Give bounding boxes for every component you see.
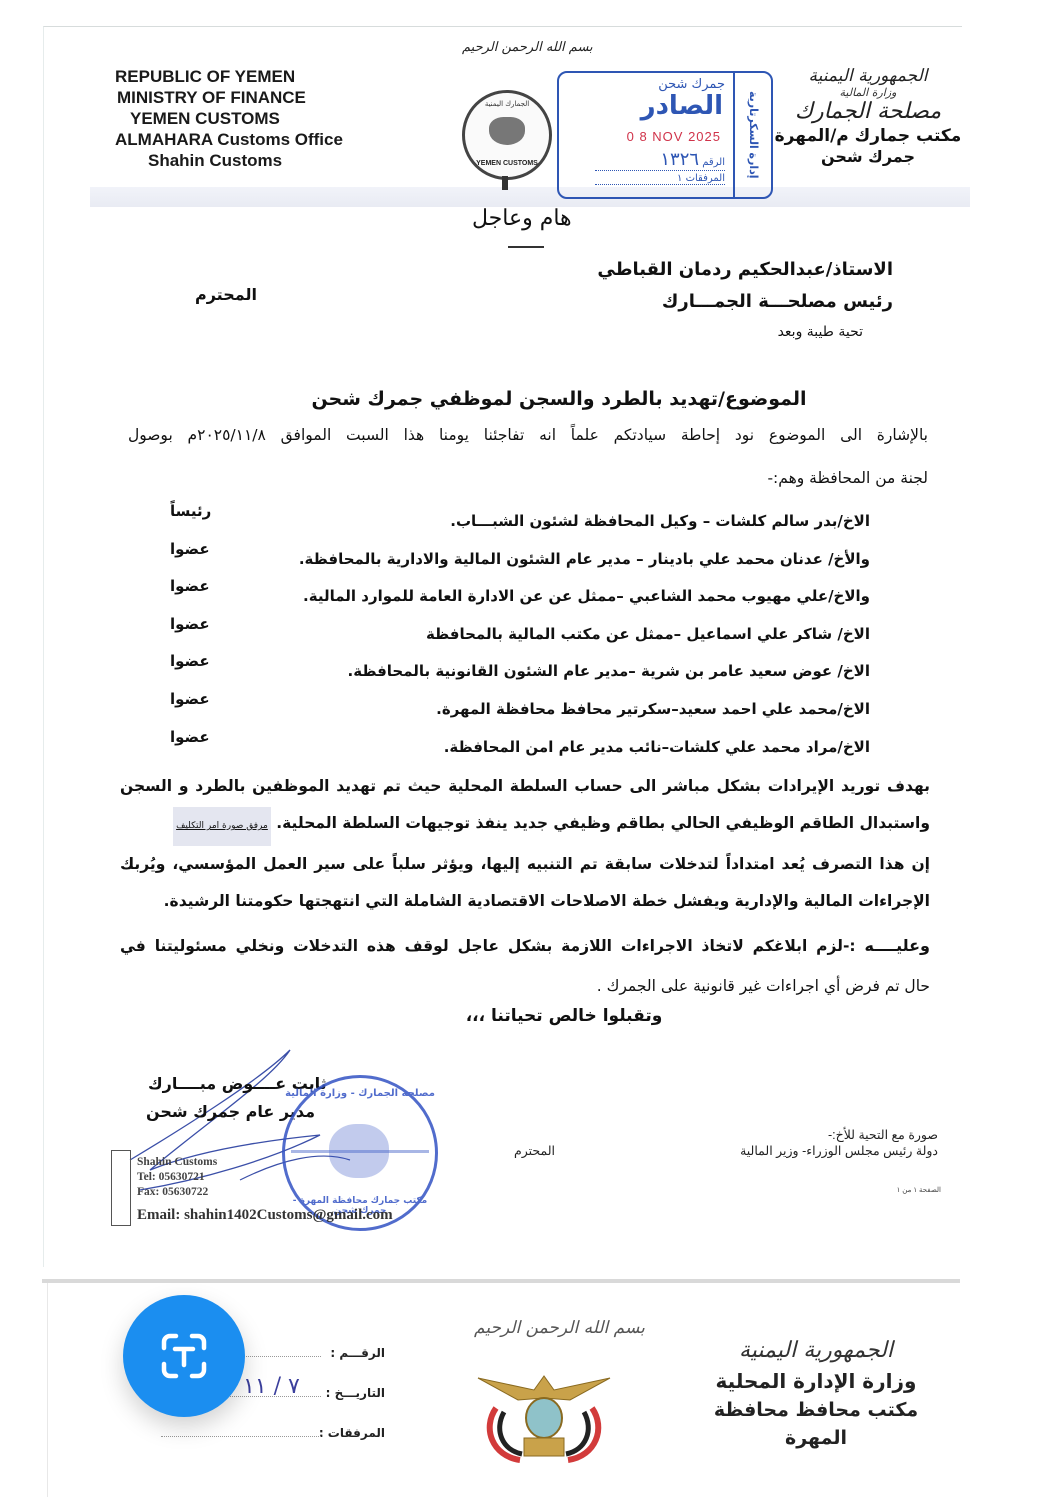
member-text: الاخ/ عوض سعيد عامر بن شرية –مدير عام ال… — [348, 662, 870, 680]
eagle-emblem-icon — [329, 1124, 389, 1178]
logo-arabic-ring: الجمارك اليمنية — [465, 100, 549, 108]
subject-line: الموضوع/تهديد بالطرد والسجن لموظفي جمرك … — [0, 388, 1058, 410]
member-text: الاخ/بدر سالم كلشات – وكيل المحافظة لشئو… — [450, 512, 870, 530]
yemen-customs-logo: الجمارك اليمنية YEMEN CUSTOMS — [462, 90, 552, 180]
letterhead-line: مصلحة الجمارك — [758, 99, 978, 125]
paragraph-text: :-لزم ابلاغكم لاتخاذ الاجراءات اللازمة ب… — [120, 937, 864, 955]
member-text: والأخ/ عدنان محمد علي بادينار – مدير عام… — [299, 550, 870, 568]
field-label: المرفقات : — [319, 1426, 385, 1440]
seal-top-text: مصلحة الجمارك - وزارة المالية — [285, 1088, 435, 1099]
cc-respected: المحترم — [514, 1143, 555, 1158]
page-number: الصفحة ١ من ١ — [897, 1186, 941, 1194]
member-text: الاخ/مراد محمد علي كلشات–نائب مدير عام ا… — [444, 738, 870, 756]
cc-recipient: دولة رئيس مجلس الوزراء- وزير المالية — [740, 1143, 938, 1159]
intro-line-1: بالإشارة الى الموضوع نود إحاطة سيادتكم ع… — [128, 424, 928, 446]
field-dotted-line — [161, 1436, 321, 1437]
stamp-number-row: الرقم ١٣٢٦ — [595, 149, 725, 171]
committee-members-list: الاخ/بدر سالم كلشات – وكيل المحافظة لشئو… — [170, 508, 870, 771]
intro-line-2: لجنة من المحافظة وهم:- — [128, 467, 928, 489]
letterhead-line: وزارة المالية — [758, 86, 978, 99]
paragraph-request: وعليــــه :-لزم ابلاغكم لاتخاذ الاجراءات… — [120, 926, 930, 1006]
stamp-attachments: ١ — [677, 173, 682, 184]
field-label: التاريـــخ : — [326, 1386, 385, 1400]
stamp-attachments-label: المرفقات — [686, 173, 725, 184]
letterhead-line: الجمهورية اليمنية — [758, 66, 978, 86]
letterhead-line: YEMEN CUSTOMS — [130, 108, 343, 129]
paragraph-lead: وعليــــه — [864, 936, 930, 955]
member-role: رئيساً — [170, 502, 211, 520]
yemen-emblem-icon — [474, 1368, 614, 1468]
member-role: عضوا — [170, 690, 210, 708]
basmala: بسم الله الرحمن الرحيم — [462, 40, 593, 55]
member-role: عضوا — [170, 615, 210, 633]
letterhead-line: مكتب جمارك م/المهرة — [758, 125, 978, 147]
addressee-title: رئيس مصلحـــة الجمـــارك — [597, 286, 893, 318]
reference-fields: الرقـــم : التاريـــخ : المرفقات : — [262, 1346, 385, 1466]
contact-info: Shahin Customs Tel: 05630721 Fax: 056307… — [137, 1155, 217, 1200]
member-row: والأخ/ عدنان محمد علي بادينار – مدير عام… — [170, 546, 870, 584]
urgent-note: هام وعاجل — [472, 206, 572, 231]
member-text: والاخ/علي مهيوب محمد الشاعبي –ممثل عن عن… — [303, 587, 870, 605]
letterhead-line: MINISTRY OF FINANCE — [117, 87, 343, 108]
urgent-underline — [508, 246, 544, 248]
paragraph-line: وعليــــه :-لزم ابلاغكم لاتخاذ الاجراءات… — [120, 926, 930, 966]
stamp-date: 0 8 NOV 2025 — [627, 129, 721, 144]
letterhead-line: مكتب محافظ محافظة المهرة — [696, 1396, 936, 1452]
paragraph-line: حال تم فرض أي اجراءات غير قانونية على ال… — [120, 966, 930, 1006]
member-row: الاخ/بدر سالم كلشات – وكيل المحافظة لشئو… — [170, 508, 870, 546]
letterhead-line: ALMAHARA Customs Office — [115, 129, 343, 150]
contact-email: Email: shahin1402Customs@gmail.com — [137, 1207, 393, 1224]
stamp-attachments-row: المرفقات ١ — [595, 173, 725, 185]
arabic-letterhead: الجمهورية اليمنية وزارة المالية مصلحة ال… — [758, 66, 978, 167]
member-text: الاخ/محمد علي احمد سعيد–سكرتير محافظ محا… — [436, 700, 870, 718]
attachment-letterhead: الجمهورية اليمنية وزارة الإدارة المحلية … — [696, 1336, 936, 1452]
basmala: بسم الله الرحمن الرحيم — [474, 1318, 645, 1338]
eagle-emblem-icon — [489, 117, 525, 145]
stamp-number: ١٣٢٦ — [660, 149, 699, 170]
cc-label: صورة مع التحية للأخ:- — [740, 1127, 938, 1143]
handwritten-date: ٧ / ١١ — [243, 1374, 300, 1399]
closing-line: وتقبلوا خالص تحياتنا ،،، — [0, 1006, 1058, 1026]
addressee-name: الاستاذ/عبدالحكيم ردمان القباطي — [597, 254, 893, 286]
paragraph-line: بهدف توريد الإيرادات بشكل مباشر الى حساب… — [120, 768, 930, 805]
member-role: عضوا — [170, 577, 210, 595]
paragraph-text: واستبدال الطاقم الوظيفي الحالي بطاقم وظي… — [276, 814, 930, 832]
letterhead-line: REPUBLIC OF YEMEN — [115, 66, 343, 87]
letterhead-line: Shahin Customs — [148, 150, 343, 171]
letterhead-line: الجمهورية اليمنية — [696, 1336, 936, 1366]
paragraph-line: واستبدال الطاقم الوظيفي الحالي بطاقم وظي… — [120, 805, 930, 846]
member-role: عضوا — [170, 728, 210, 746]
paragraph-threat: بهدف توريد الإيرادات بشكل مباشر الى حساب… — [120, 768, 930, 920]
member-role: عضوا — [170, 652, 210, 670]
contact-tel: Tel: 05630721 — [137, 1170, 217, 1185]
stamp-title: الصادر — [641, 91, 723, 121]
attachment-note: مرفق صورة امر التكليف — [173, 807, 271, 846]
letterhead-line: وزارة الإدارة المحلية — [696, 1366, 936, 1396]
paragraph-line: إن هذا التصرف يُعد امتداداً لتدخلات سابق… — [120, 846, 930, 883]
member-role: عضوا — [170, 540, 210, 558]
greeting: تحية طيبة وبعد — [597, 324, 863, 340]
member-row: الاخ/ عوض سعيد عامر بن شرية –مدير عام ال… — [170, 658, 870, 696]
english-letterhead: REPUBLIC OF YEMEN MINISTRY OF FINANCE YE… — [115, 66, 343, 171]
member-row: الاخ/مراد محمد علي كلشات–نائب مدير عام ا… — [170, 734, 870, 772]
paragraph-line: الإجراءات المالية والإدارية ويفشل خطة ال… — [120, 883, 930, 920]
scan-artifact-band — [90, 187, 970, 207]
member-row: والاخ/علي مهيوب محمد الشاعبي –ممثل عن عن… — [170, 583, 870, 621]
letterhead-line: جمرك شحن — [758, 147, 978, 167]
addressee-respected: المحترم — [195, 285, 257, 304]
member-text: الاخ/ شاكر علي اسماعيل –ممثل عن مكتب الم… — [426, 625, 870, 643]
cc-block: صورة مع التحية للأخ:- دولة رئيس مجلس الو… — [740, 1127, 938, 1159]
member-row: الاخ/محمد علي احمد سعيد–سكرتير محافظ محا… — [170, 696, 870, 734]
stamp-number-label: الرقم — [702, 157, 725, 168]
addressee-block: الاستاذ/عبدالحكيم ردمان القباطي رئيس مصل… — [597, 254, 893, 340]
reference-attachments-field: المرفقات : — [262, 1426, 385, 1466]
member-row: الاخ/ شاكر علي اسماعيل –ممثل عن مكتب الم… — [170, 621, 870, 659]
text-scan-button[interactable] — [123, 1295, 245, 1417]
contact-box — [111, 1150, 131, 1226]
text-scan-icon — [160, 1332, 208, 1380]
contact-office: Shahin Customs — [137, 1155, 217, 1170]
field-label: الرقـــم : — [330, 1346, 385, 1360]
logo-english-ring: YEMEN CUSTOMS — [465, 160, 549, 167]
contact-fax: Fax: 05630722 — [137, 1185, 217, 1200]
outgoing-stamp: إدارة السكرتارية جمرك شحن الصادر 0 8 NOV… — [557, 71, 773, 199]
logo-stem — [502, 176, 508, 190]
stamp-department: جمرك شحن — [658, 77, 725, 92]
